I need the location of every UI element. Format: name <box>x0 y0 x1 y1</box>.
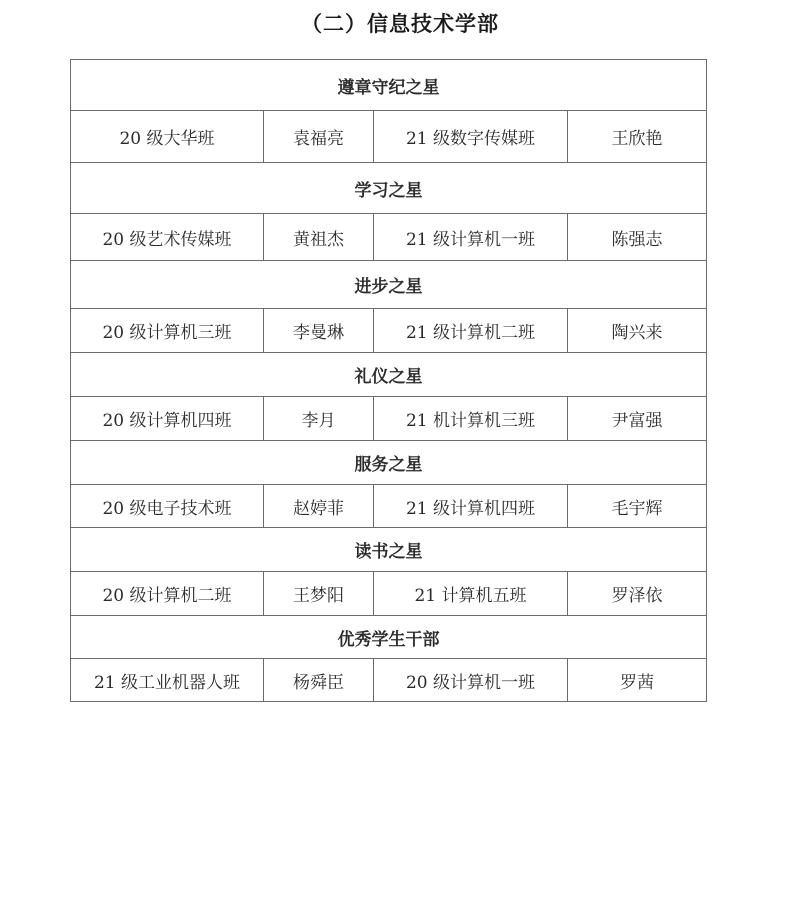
category-heading: 优秀学生干部 <box>71 616 707 659</box>
class-cell: 20 级艺术传媒班 <box>71 214 264 261</box>
class-cell: 20 级大华班 <box>71 111 264 163</box>
table-row: 21 级工业机器人班 杨舜臣 20 级计算机一班 罗茜 <box>71 659 707 702</box>
awards-table: 遵章守纪之星 20 级大华班 袁福亮 21 级数字传媒班 王欣艳 学习之星 20… <box>70 59 707 702</box>
student-name-cell: 罗泽依 <box>568 572 707 616</box>
class-cell: 21 机计算机三班 <box>374 397 568 441</box>
student-name-cell: 黄祖杰 <box>264 214 374 261</box>
category-heading: 礼仪之星 <box>71 353 707 397</box>
table-row: 20 级电子技术班 赵婷菲 21 级计算机四班 毛宇辉 <box>71 485 707 528</box>
student-name-cell: 李曼琳 <box>264 309 374 353</box>
table-row: 20 级艺术传媒班 黄祖杰 21 级计算机一班 陈强志 <box>71 214 707 261</box>
table-row: 20 级计算机三班 李曼琳 21 级计算机二班 陶兴来 <box>71 309 707 353</box>
awards-table-body: 遵章守纪之星 20 级大华班 袁福亮 21 级数字传媒班 王欣艳 学习之星 20… <box>71 60 707 702</box>
class-cell: 21 计算机五班 <box>374 572 568 616</box>
category-row: 服务之星 <box>71 441 707 485</box>
student-name-cell: 王欣艳 <box>568 111 707 163</box>
class-cell: 21 级计算机二班 <box>374 309 568 353</box>
category-heading: 遵章守纪之星 <box>71 60 707 111</box>
class-cell: 21 级计算机四班 <box>374 485 568 528</box>
category-heading: 服务之星 <box>71 441 707 485</box>
table-row: 20 级计算机四班 李月 21 机计算机三班 尹富强 <box>71 397 707 441</box>
category-row: 进步之星 <box>71 261 707 309</box>
student-name-cell: 陶兴来 <box>568 309 707 353</box>
class-cell: 20 级计算机一班 <box>374 659 568 702</box>
class-cell: 21 级数字传媒班 <box>374 111 568 163</box>
class-cell: 20 级计算机二班 <box>71 572 264 616</box>
student-name-cell: 尹富强 <box>568 397 707 441</box>
student-name-cell: 赵婷菲 <box>264 485 374 528</box>
category-heading: 学习之星 <box>71 163 707 214</box>
category-row: 优秀学生干部 <box>71 616 707 659</box>
category-row: 礼仪之星 <box>71 353 707 397</box>
category-row: 读书之星 <box>71 528 707 572</box>
page-title: （二）信息技术学部 <box>0 8 800 38</box>
class-cell: 20 级计算机四班 <box>71 397 264 441</box>
category-heading: 读书之星 <box>71 528 707 572</box>
student-name-cell: 陈强志 <box>568 214 707 261</box>
student-name-cell: 王梦阳 <box>264 572 374 616</box>
student-name-cell: 李月 <box>264 397 374 441</box>
student-name-cell: 杨舜臣 <box>264 659 374 702</box>
category-heading: 进步之星 <box>71 261 707 309</box>
category-row: 学习之星 <box>71 163 707 214</box>
class-cell: 20 级计算机三班 <box>71 309 264 353</box>
class-cell: 21 级工业机器人班 <box>71 659 264 702</box>
class-cell: 20 级电子技术班 <box>71 485 264 528</box>
table-row: 20 级计算机二班 王梦阳 21 计算机五班 罗泽依 <box>71 572 707 616</box>
class-cell: 21 级计算机一班 <box>374 214 568 261</box>
student-name-cell: 袁福亮 <box>264 111 374 163</box>
category-row: 遵章守纪之星 <box>71 60 707 111</box>
table-row: 20 级大华班 袁福亮 21 级数字传媒班 王欣艳 <box>71 111 707 163</box>
student-name-cell: 罗茜 <box>568 659 707 702</box>
student-name-cell: 毛宇辉 <box>568 485 707 528</box>
